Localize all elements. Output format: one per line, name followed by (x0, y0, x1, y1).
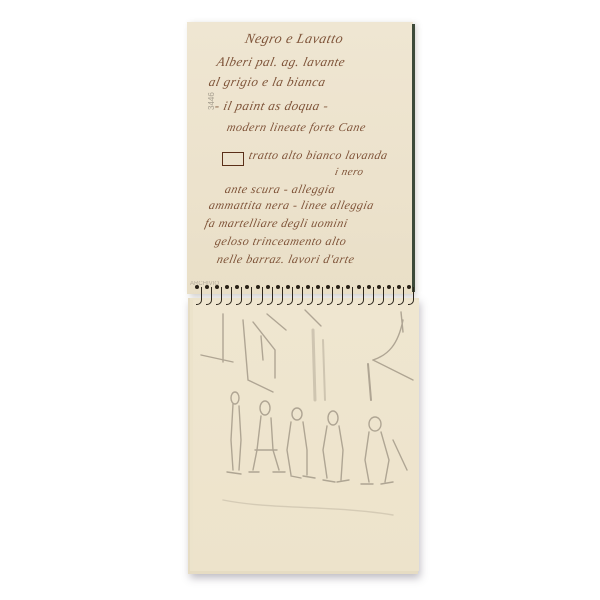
spiral-coil (234, 284, 240, 306)
handwriting-line: i nero (334, 166, 365, 178)
page-edge-shadow (412, 24, 415, 292)
spiral-coil (396, 284, 402, 306)
handwriting-line: - il paint as doqua - (213, 98, 330, 114)
handwriting-line: ante scura - alleggia (223, 182, 336, 197)
spiral-coil (345, 284, 351, 306)
pencil-sketch (193, 300, 419, 570)
spiral-coil (194, 284, 200, 306)
spiral-coil (386, 284, 392, 306)
bottom-page-pencil-sketch (193, 300, 419, 570)
figure (227, 392, 241, 474)
spiral-coil (325, 284, 331, 306)
spiral-coil (295, 284, 301, 306)
handwriting-line: tratto alto bianco lavanda (247, 148, 389, 163)
spiral-coil (224, 284, 230, 306)
spiral-coil (265, 284, 271, 306)
handwriting-line: geloso trinceamento alto (213, 234, 348, 249)
spiral-coil (406, 284, 412, 306)
handwriting-line: al grigio e la bianca (207, 74, 327, 90)
handwriting-area: Negro e Lavatto Alberi pal. ag. lavante … (187, 22, 413, 294)
spiral-coil (285, 284, 291, 306)
spiral-coil (356, 284, 362, 306)
sketchbook: Negro e Lavatto Alberi pal. ag. lavante … (0, 0, 600, 600)
top-page-handwritten-notes: Negro e Lavatto Alberi pal. ag. lavante … (187, 22, 413, 294)
spiral-binding (190, 284, 416, 306)
handwriting-line: modern lineate forte Cane (225, 120, 367, 135)
spiral-coil (275, 284, 281, 306)
handwriting-line: Negro e Lavatto (243, 32, 344, 48)
handwriting-line: ammattita nera - linee alleggia (207, 198, 375, 213)
spiral-coil (244, 284, 250, 306)
spiral-coil (305, 284, 311, 306)
handwriting-line: nelle barraz. lavori d'arte (215, 252, 356, 267)
handwriting-line: fa martelliare degli uomini (203, 216, 349, 231)
spiral-coil (255, 284, 261, 306)
boxed-mark (222, 152, 244, 166)
spiral-coil (315, 284, 321, 306)
spiral-coil (335, 284, 341, 306)
spiral-coil (214, 284, 220, 306)
spiral-coil (204, 284, 210, 306)
spiral-coil (376, 284, 382, 306)
spiral-coil (366, 284, 372, 306)
handwriting-line: Alberi pal. ag. lavante (215, 54, 347, 70)
inventory-number: 3446 (207, 92, 216, 110)
